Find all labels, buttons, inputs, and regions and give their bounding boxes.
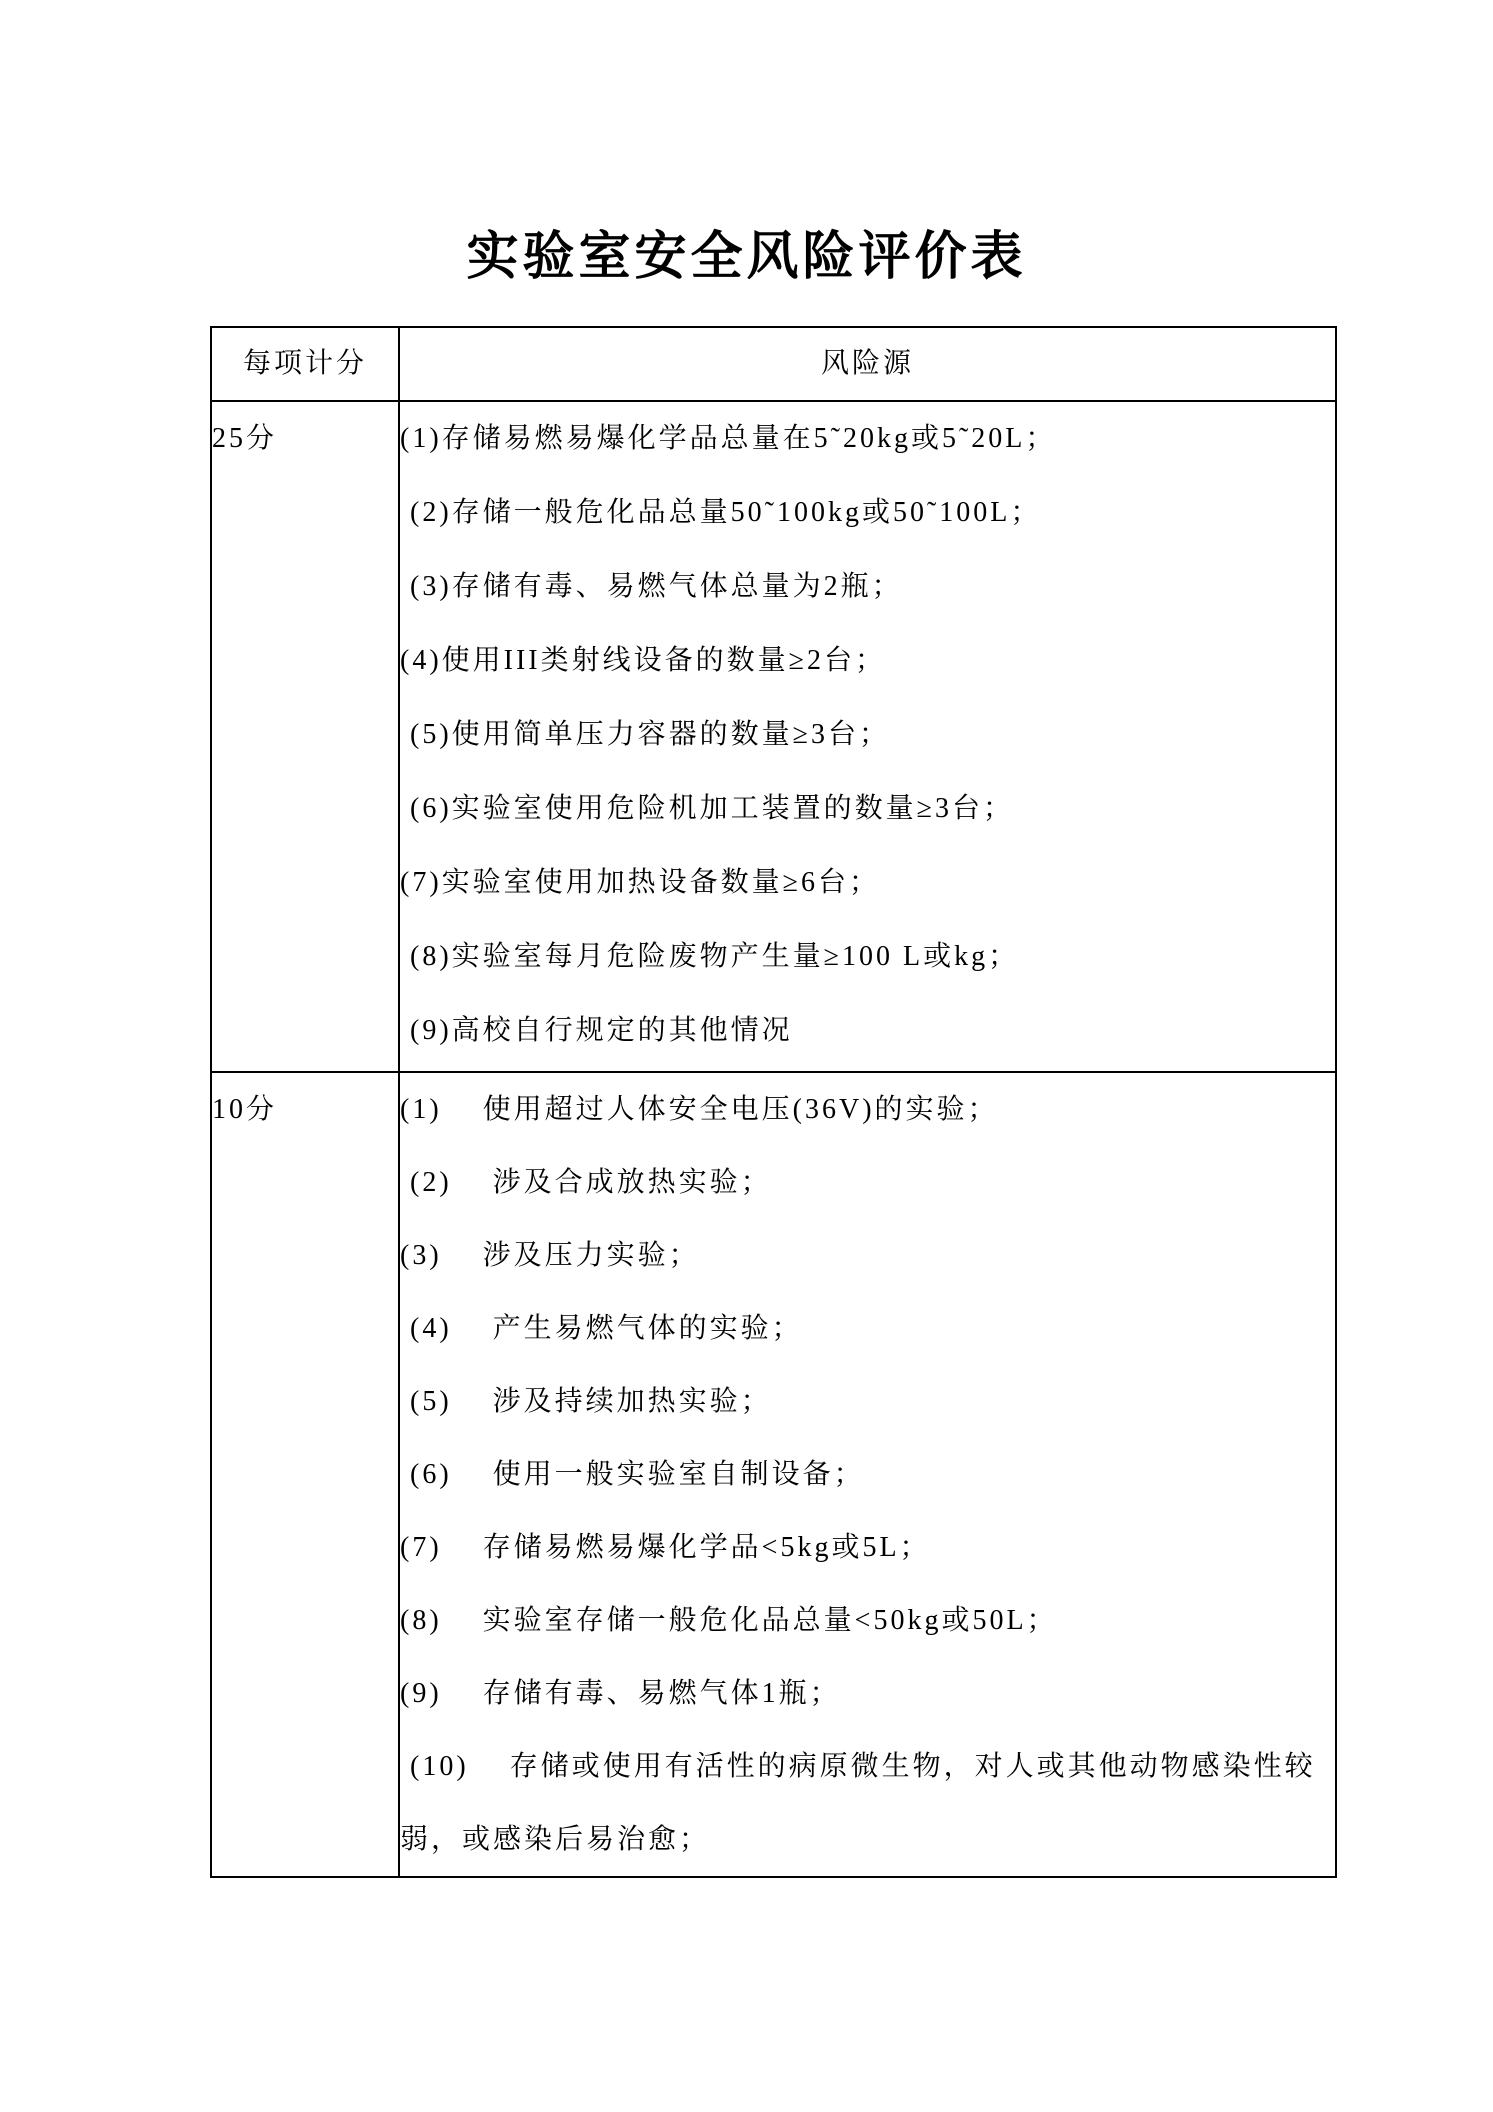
risk-item: (9) 存储有毒、易燃气体1瓶； xyxy=(400,1657,1335,1730)
risk-item: (6)实验室使用危险机加工装置的数量≥3台； xyxy=(400,772,1335,846)
score-value: 25分 xyxy=(212,402,398,476)
table-row: 10分(1) 使用超过人体安全电压(36V)的实验； (2) 涉及合成放热实验；… xyxy=(211,1072,1336,1877)
risk-item: (9)高校自行规定的其他情况 xyxy=(400,994,1335,1068)
risk-source-cell: (1) 使用超过人体安全电压(36V)的实验； (2) 涉及合成放热实验；(3)… xyxy=(399,1072,1336,1877)
document-page: 实验室安全风险评价表 每项计分 风险源 25分(1)存储易燃易爆化学品总量在5˜… xyxy=(0,0,1493,2112)
risk-item: (10) 存储或使用有活性的病原微生物，对人或其他动物感染性较 弱，或感染后易治… xyxy=(400,1730,1335,1876)
risk-item: (8) 实验室存储一般危化品总量<50kg或50L； xyxy=(400,1584,1335,1657)
risk-item: (4) 产生易燃气体的实验； xyxy=(400,1292,1335,1365)
risk-evaluation-table: 每项计分 风险源 25分(1)存储易燃易爆化学品总量在5˜20kg或5˜20L；… xyxy=(210,326,1337,1878)
table-body: 25分(1)存储易燃易爆化学品总量在5˜20kg或5˜20L； (2)存储一般危… xyxy=(211,401,1336,1877)
risk-item: (7)实验室使用加热设备数量≥6台； xyxy=(400,846,1335,920)
table-row: 25分(1)存储易燃易爆化学品总量在5˜20kg或5˜20L； (2)存储一般危… xyxy=(211,401,1336,1072)
risk-item: (1)存储易燃易爆化学品总量在5˜20kg或5˜20L； xyxy=(400,402,1335,476)
header-source-cell: 风险源 xyxy=(399,327,1336,401)
risk-item: (8)实验室每月危险废物产生量≥100 L或kg； xyxy=(400,920,1335,994)
risk-item: (1) 使用超过人体安全电压(36V)的实验； xyxy=(400,1073,1335,1146)
risk-source-cell: (1)存储易燃易爆化学品总量在5˜20kg或5˜20L； (2)存储一般危化品总… xyxy=(399,401,1336,1072)
risk-item: (2)存储一般危化品总量50˜100kg或50˜100L； xyxy=(400,476,1335,550)
risk-item: (5) 涉及持续加热实验； xyxy=(400,1365,1335,1438)
score-cell: 25分 xyxy=(211,401,399,1072)
score-cell: 10分 xyxy=(211,1072,399,1877)
header-score-cell: 每项计分 xyxy=(211,327,399,401)
risk-item: (2) 涉及合成放热实验； xyxy=(400,1146,1335,1219)
score-value: 10分 xyxy=(212,1073,398,1146)
risk-item: (5)使用简单压力容器的数量≥3台； xyxy=(400,698,1335,772)
table-header-row: 每项计分 风险源 xyxy=(211,327,1336,401)
risk-item: (6) 使用一般实验室自制设备； xyxy=(400,1438,1335,1511)
risk-item: (7) 存储易燃易爆化学品<5kg或5L； xyxy=(400,1511,1335,1584)
risk-item: (3) 涉及压力实验； xyxy=(400,1219,1335,1292)
page-title: 实验室安全风险评价表 xyxy=(0,224,1493,290)
risk-item: (4)使用III类射线设备的数量≥2台； xyxy=(400,624,1335,698)
risk-item: (3)存储有毒、易燃气体总量为2瓶； xyxy=(400,550,1335,624)
